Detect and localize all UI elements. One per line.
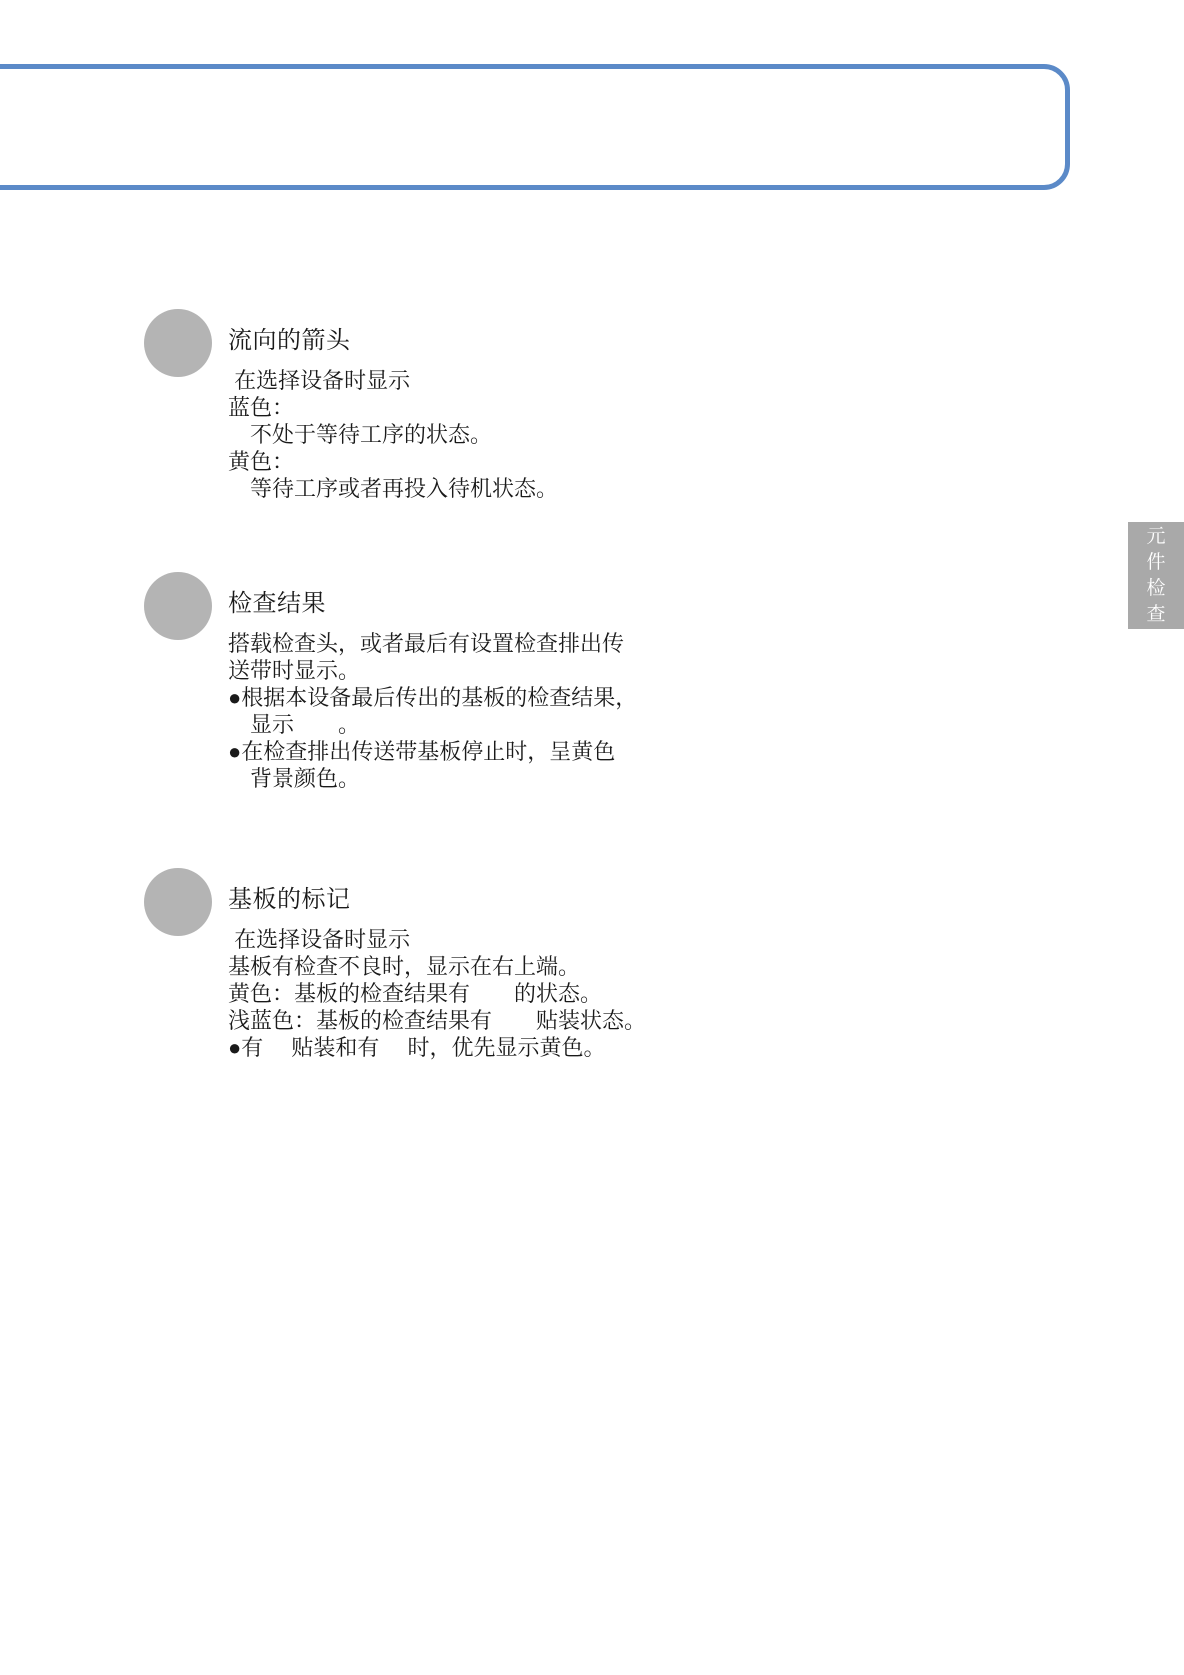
body-line: 浅蓝色：基板的检查结果有 贴装状态。 — [228, 1007, 646, 1034]
section-body: 在选择设备时显示 蓝色： 不处于等待工序的状态。 黄色： 等待工序或者再投入待机… — [228, 367, 558, 502]
callout-circle — [144, 868, 212, 936]
body-line: 黄色：基板的检查结果有 的状态。 — [228, 980, 646, 1007]
section-title: 流向的箭头 — [228, 325, 351, 357]
body-line: 基板有检查不良时，显示在右上端。 — [228, 953, 646, 980]
body-line: 显示 。 — [228, 711, 637, 738]
body-line: 在选择设备时显示 — [228, 926, 646, 953]
section-body: 搭载检查头，或者最后有设置检查排出传 送带时显示。 ●根据本设备最后传出的基板的… — [228, 630, 637, 792]
body-line: ●有 贴装和有 时，优先显示黄色。 — [228, 1034, 646, 1061]
body-line: 黄色： — [228, 448, 558, 475]
section-title: 基板的标记 — [228, 884, 351, 916]
body-line: 送带时显示。 — [228, 657, 637, 684]
section-body: 在选择设备时显示 基板有检查不良时，显示在右上端。 黄色：基板的检查结果有 的状… — [228, 926, 646, 1061]
body-line: 搭载检查头，或者最后有设置检查排出传 — [228, 630, 637, 657]
chapter-tab-label: 元件检查 — [1145, 524, 1167, 628]
manual-page: 流向的箭头 在选择设备时显示 蓝色： 不处于等待工序的状态。 黄色： 等待工序或… — [0, 0, 1184, 1675]
body-line: ●在检查排出传送带基板停止时，呈黄色 — [228, 738, 637, 765]
chapter-tab-component-inspection: 元件检查 — [1128, 522, 1184, 629]
body-line: 背景颜色。 — [228, 765, 637, 792]
body-line: 不处于等待工序的状态。 — [228, 421, 558, 448]
callout-circle — [144, 309, 212, 377]
screenshot-frame — [0, 64, 1070, 190]
body-line: 在选择设备时显示 — [228, 367, 558, 394]
section-title: 检查结果 — [228, 588, 326, 620]
body-line: 等待工序或者再投入待机状态。 — [228, 475, 558, 502]
callout-circle — [144, 572, 212, 640]
body-line: 蓝色： — [228, 394, 558, 421]
body-line: ●根据本设备最后传出的基板的检查结果， — [228, 684, 637, 711]
